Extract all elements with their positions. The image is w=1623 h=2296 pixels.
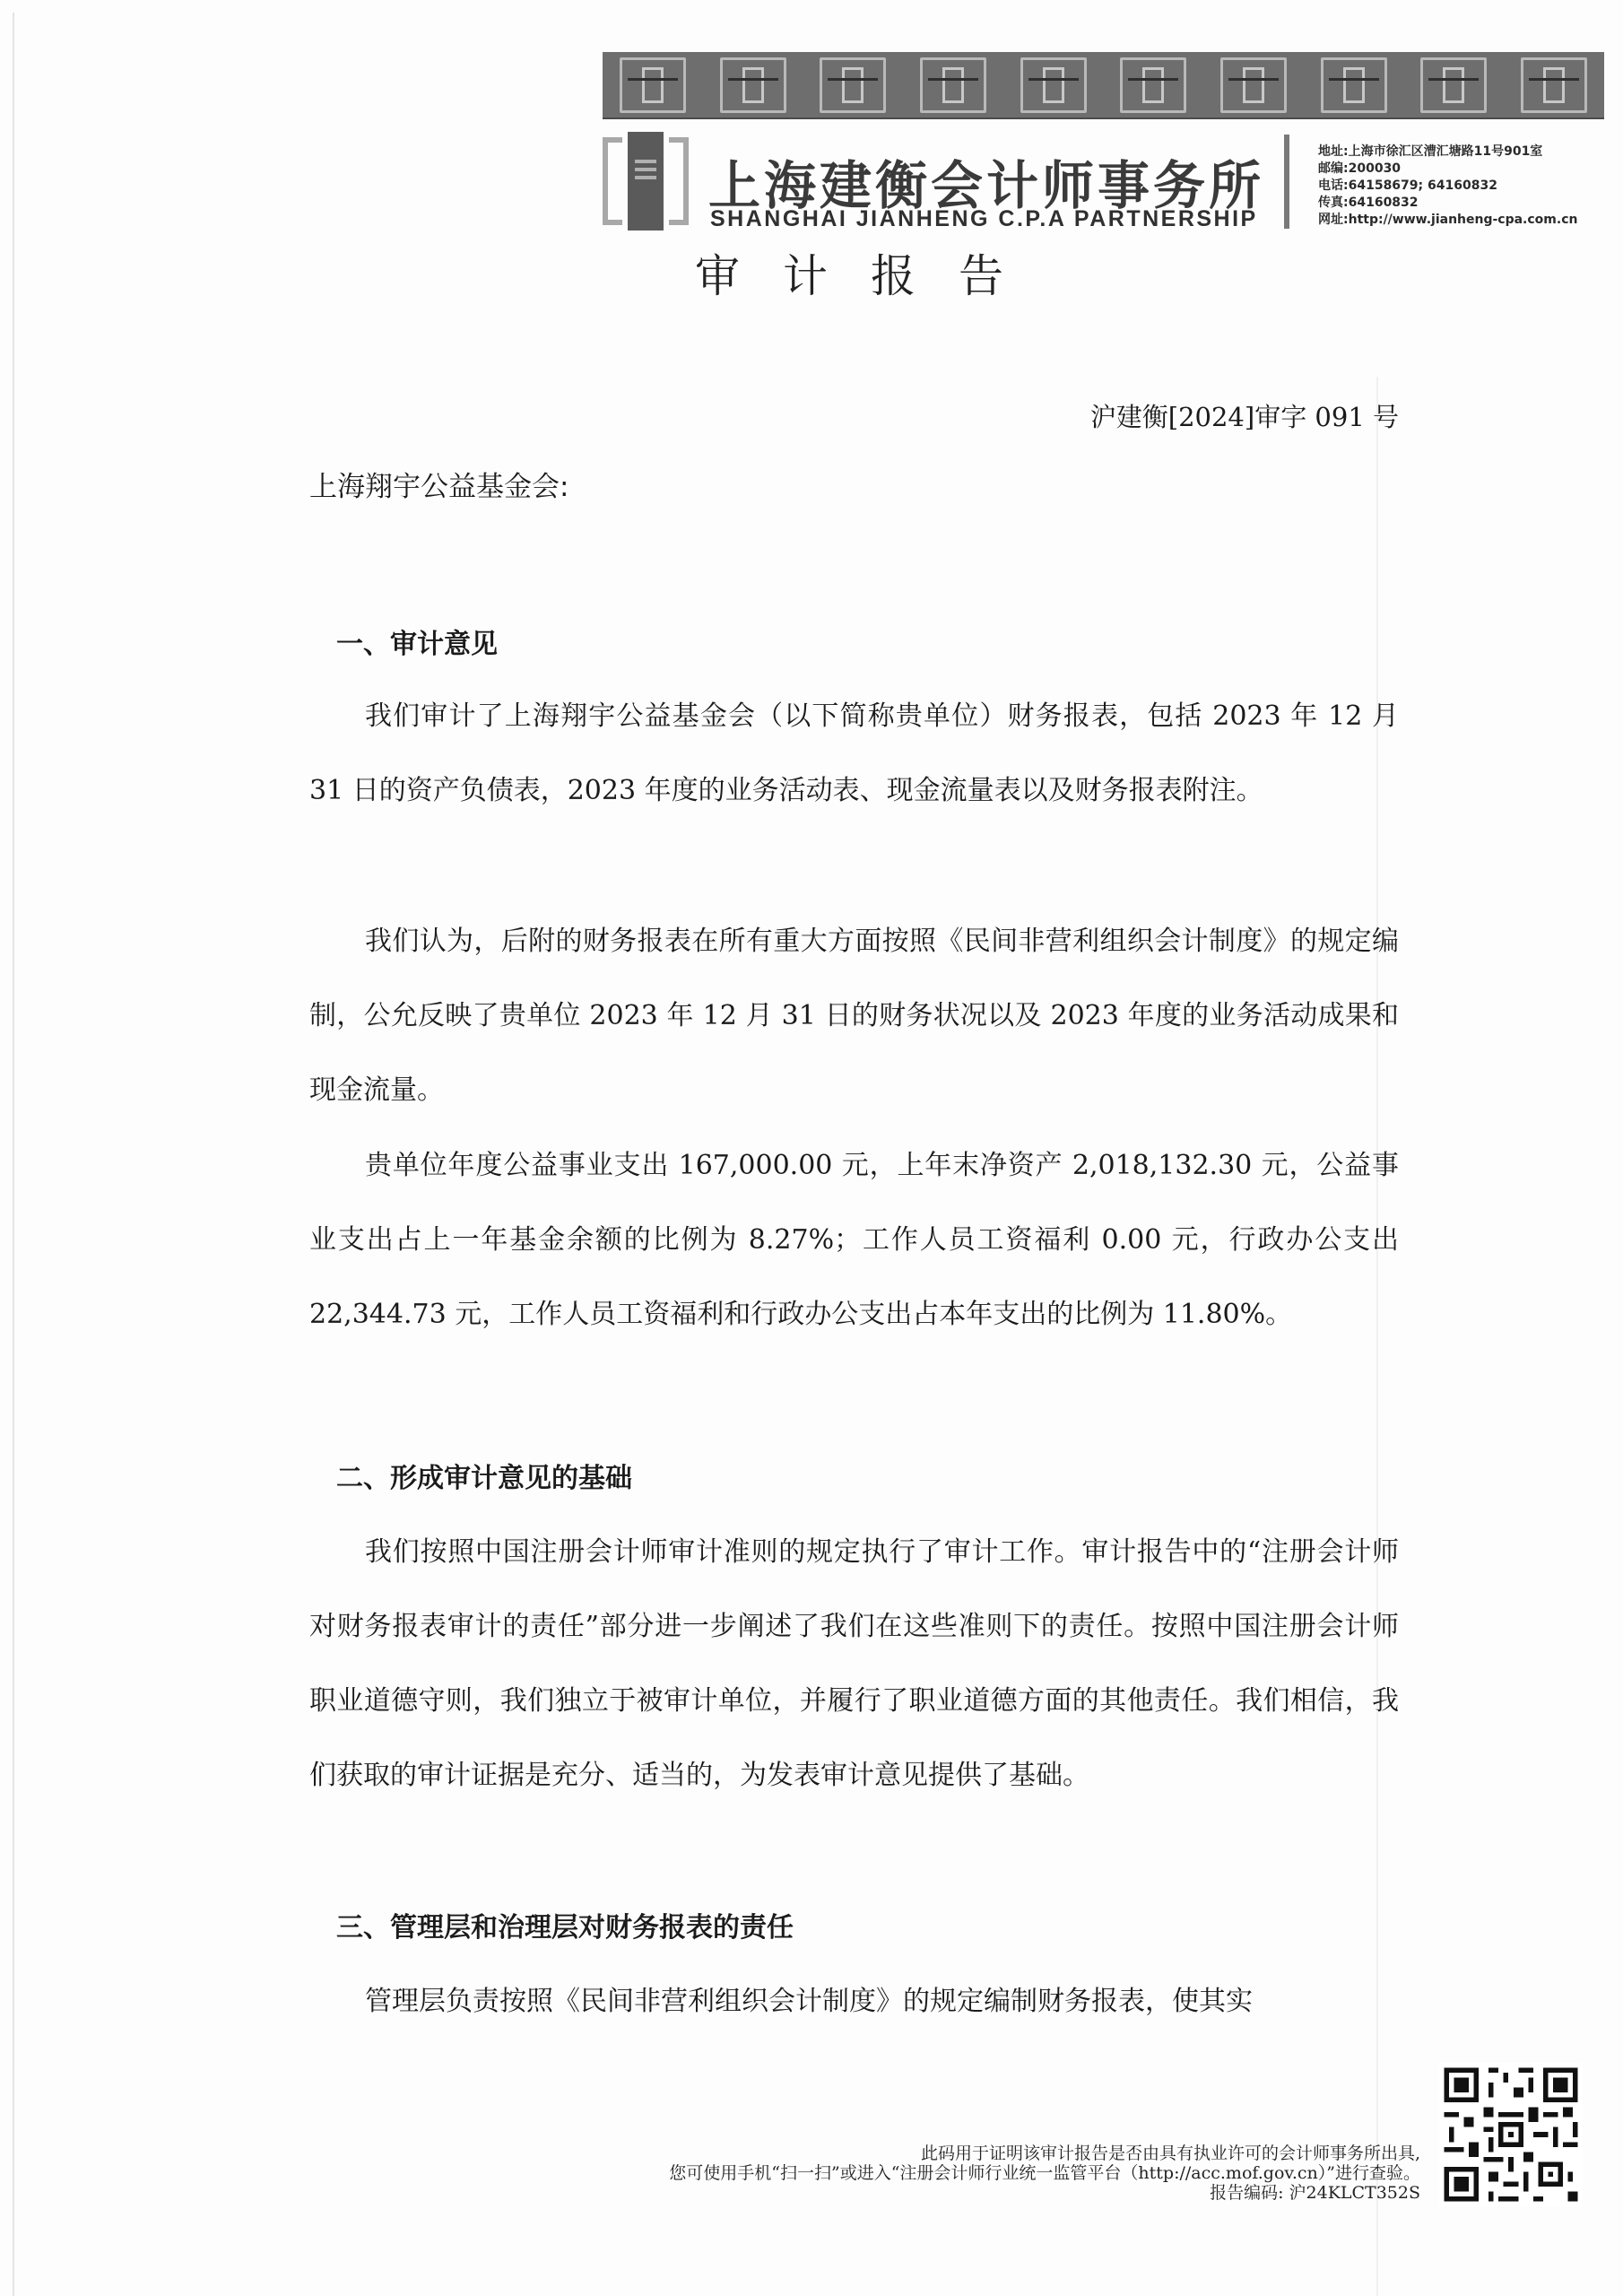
- contact-phone: 电话:64158679; 64160832: [1318, 178, 1577, 195]
- letterhead-divider: [1284, 135, 1289, 229]
- contact-website: 网址:http://www.jianheng-cpa.com.cn: [1318, 212, 1577, 229]
- verification-note: 此码用于证明该审计报告是否由具有执业许可的会计师事务所出具, 您可使用手机“扫一…: [669, 2144, 1420, 2203]
- section-heading-basis: 二、形成审计意见的基础: [336, 1456, 632, 1495]
- addressee: 上海翔宇公益基金会:: [309, 464, 568, 504]
- verify-line-1: 此码用于证明该审计报告是否由具有执业许可的会计师事务所出具,: [669, 2144, 1420, 2163]
- heng-pattern-band-icon: [603, 52, 1604, 119]
- document-title: 审计报告: [695, 240, 1046, 305]
- page-edge: [13, 13, 14, 2296]
- contact-address: 地址:上海市徐汇区漕汇塘路11号901室: [1318, 143, 1577, 161]
- heng-glyph-icon: [620, 57, 686, 113]
- heng-glyph-icon: [1220, 57, 1287, 113]
- contact-fax: 传真:64160832: [1318, 195, 1577, 212]
- reference-number: 沪建衡[2024]审字 091 号: [1090, 397, 1399, 434]
- paragraph-key-figures: 贵单位年度公益事业支出 167,000.00 元，上年末净资产 2,018,13…: [309, 1128, 1399, 1352]
- verify-line-2: 您可使用手机“扫一扫”或进入“注册会计师行业统一监管平台（http://acc.…: [669, 2163, 1420, 2183]
- heng-glyph-icon: [720, 57, 786, 113]
- qr-code-icon[interactable]: [1439, 2063, 1583, 2206]
- heng-glyph-icon: [1521, 57, 1587, 113]
- heng-glyph-icon: [920, 57, 986, 113]
- contact-block: 地址:上海市徐汇区漕汇塘路11号901室 邮编:200030 电话:641586…: [1318, 143, 1577, 229]
- heng-glyph-icon: [1120, 57, 1186, 113]
- paragraph-basis: 我们按照中国注册会计师审计准则的规定执行了审计工作。审计报告中的“注册会计师对财…: [309, 1515, 1399, 1813]
- report-code: 报告编码: 沪24KLCT352S: [669, 2183, 1420, 2203]
- heng-glyph-icon: [1020, 57, 1087, 113]
- section-heading-management-responsibility: 三、管理层和治理层对财务报表的责任: [336, 1905, 794, 1944]
- paragraph-management-responsibility: 管理层负责按照《民间非营利组织会计制度》的规定编制财务报表，使其实: [309, 1964, 1399, 2039]
- paragraph-opinion-statement: 我们认为，后附的财务报表在所有重大方面按照《民间非营利组织会计制度》的规定编制，…: [309, 904, 1399, 1127]
- firm-name-en: SHANGHAI JIANHENG C.P.A PARTNERSHIP: [710, 206, 1258, 232]
- heng-glyph-icon: [1321, 57, 1387, 113]
- heng-glyph-icon: [1420, 57, 1487, 113]
- section-heading-audit-opinion: 一、审计意见: [336, 622, 498, 661]
- contact-postcode: 邮编:200030: [1318, 161, 1577, 178]
- paragraph-opinion-scope: 我们审计了上海翔宇公益基金会（以下简称贵单位）财务报表，包括 2023 年 12…: [309, 679, 1399, 828]
- heng-glyph-icon: [820, 57, 886, 113]
- heng-character-logo-icon: [603, 132, 692, 230]
